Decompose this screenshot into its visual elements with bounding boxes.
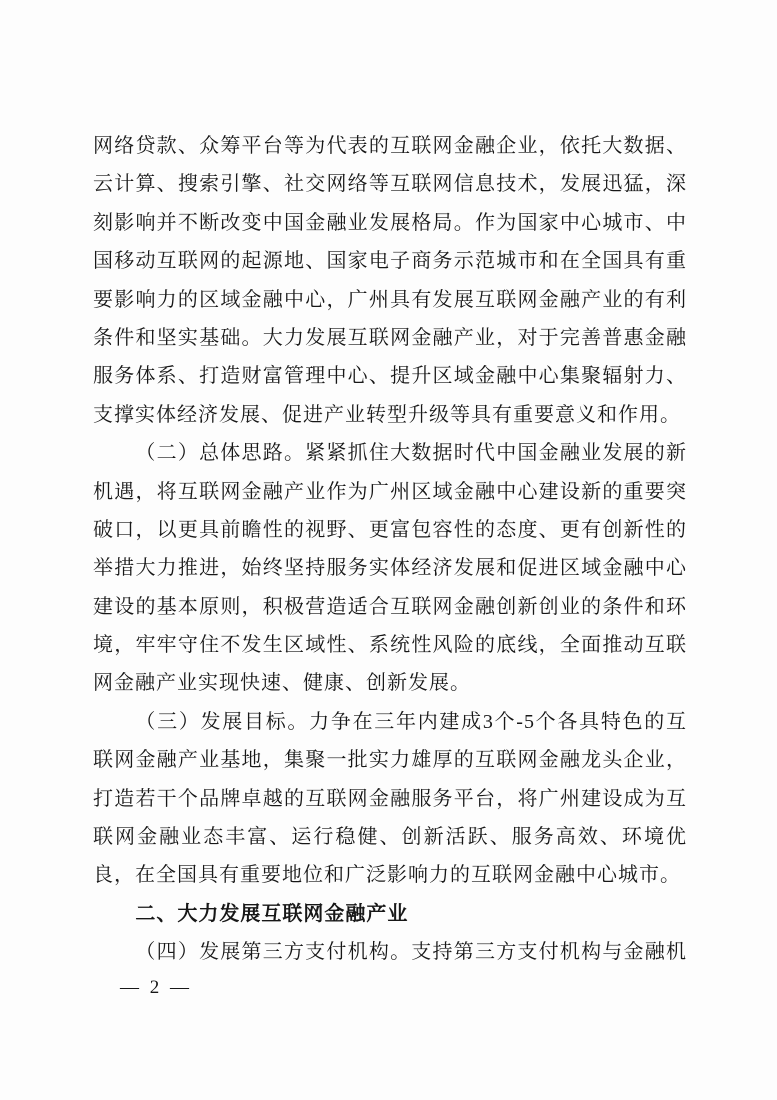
text-line: 网金融产业实现快速、健康、创新发展。 <box>93 664 687 702</box>
page-number: — 2 — <box>120 977 192 999</box>
text-line: 支撑实体经济发展、促进产业转型升级等具有重要意义和作用。 <box>93 396 687 434</box>
text-line: 打造若干个品牌卓越的互联网金融服务平台，将广州建设成为互 <box>93 780 687 818</box>
text-line: （三）发展目标。力争在三年内建成3个-5个各具特色的互 <box>93 703 687 741</box>
text-line: 建设的基本原则，积极营造适合互联网金融创新创业的条件和环 <box>93 588 687 626</box>
text-line: （二）总体思路。紧紧抓住大数据时代中国金融业发展的新 <box>93 434 687 472</box>
text-line: 刻影响并不断改变中国金融业发展格局。作为国家中心城市、中 <box>93 204 687 242</box>
text-line: 服务体系、打造财富管理中心、提升区域金融中心集聚辐射力、 <box>93 357 687 395</box>
section-heading-line: 二、大力发展互联网金融产业 <box>93 895 687 933</box>
text-line: 要影响力的区域金融中心，广州具有发展互联网金融产业的有利 <box>93 281 687 319</box>
text-block: 网络贷款、众筹平台等为代表的互联网金融企业，依托大数据、云计算、搜索引擎、社交网… <box>93 127 687 972</box>
text-line: 良，在全国具有重要地位和广泛影响力的互联网金融中心城市。 <box>93 856 687 894</box>
text-line: 条件和坚实基础。大力发展互联网金融产业，对于完善普惠金融 <box>93 319 687 357</box>
text-line: 举措大力推进，始终坚持服务实体经济发展和促进区域金融中心 <box>93 549 687 587</box>
text-line: 境，牢牢守住不发生区域性、系统性风险的底线，全面推动互联 <box>93 626 687 664</box>
text-line: 联网金融业态丰富、运行稳健、创新活跃、服务高效、环境优 <box>93 818 687 856</box>
text-line: 云计算、搜索引擎、社交网络等互联网信息技术，发展迅猛，深 <box>93 165 687 203</box>
document-page: 网络贷款、众筹平台等为代表的互联网金融企业，依托大数据、云计算、搜索引擎、社交网… <box>0 0 777 1100</box>
text-line: （四）发展第三方支付机构。支持第三方支付机构与金融机 <box>93 933 687 971</box>
text-line: 网络贷款、众筹平台等为代表的互联网金融企业，依托大数据、 <box>93 127 687 165</box>
text-line: 机遇，将互联网金融产业作为广州区域金融中心建设新的重要突 <box>93 473 687 511</box>
text-line: 破口，以更具前瞻性的视野、更富包容性的态度、更有创新性的 <box>93 511 687 549</box>
text-line: 联网金融产业基地，集聚一批实力雄厚的互联网金融龙头企业， <box>93 741 687 779</box>
text-line: 国移动互联网的起源地、国家电子商务示范城市和在全国具有重 <box>93 242 687 280</box>
